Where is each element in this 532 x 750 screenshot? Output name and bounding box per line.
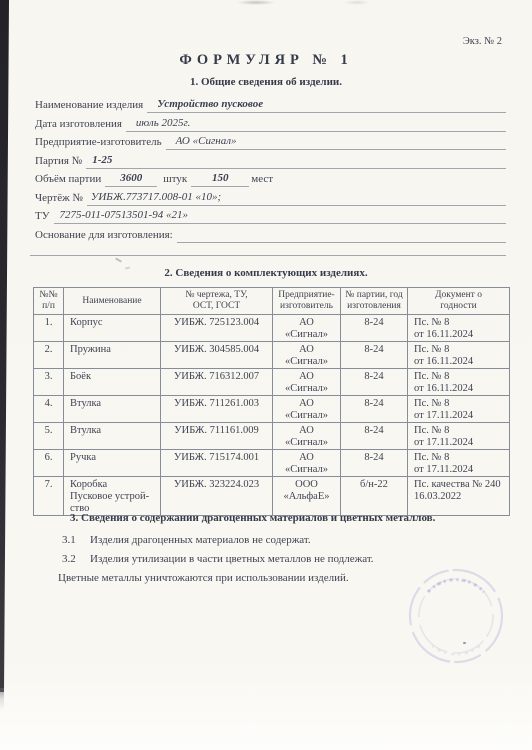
scan-smudge [236, 0, 276, 5]
cell-drawing: УИБЖ. 715174.001 [161, 450, 273, 477]
cell-manufacturer: АО «Сигнал» [273, 315, 341, 342]
field-label: Предприятие-изготовитель [35, 135, 162, 150]
item-text: Изделия утилизации в части цветных метал… [90, 553, 374, 565]
field-unit-label: штук [163, 172, 187, 187]
section1-heading: 1. Общие сведения об изделии. [0, 76, 532, 88]
field-value: Устройство пусковое [157, 98, 263, 110]
col-header-batch: № партии, год изготовления [341, 288, 408, 315]
field-label: Наименование изделия [35, 98, 143, 113]
cell-batch: б/н-22 [341, 477, 408, 516]
cell-doc: Пс. № 8 от 16.11.2024 [408, 315, 510, 342]
field-value-places: 150 [212, 172, 229, 184]
section2-heading: 2. Сведения о комплектующих изделиях. [0, 267, 532, 279]
cell-name: Пружина [64, 342, 161, 369]
cell-doc: Пс. № 8 от 17.11.2024 [408, 423, 510, 450]
cell-batch: 8-24 [341, 450, 408, 477]
cell-drawing: УИБЖ. 711161.009 [161, 423, 273, 450]
field-label: Чертёж № [35, 191, 83, 206]
cell-drawing: УИБЖ. 304585.004 [161, 342, 273, 369]
cell-manufacturer: АО «Сигнал» [273, 369, 341, 396]
col-header-drawing: № чертежа, ТУ, ОСТ, ГОСТ [161, 288, 273, 315]
cell-num: 5. [34, 423, 64, 450]
col-header-manufacturer: Предприятие- изготовитель [273, 288, 341, 315]
col-header-num: №№ п/п [34, 288, 64, 315]
cell-name: Корпус [64, 315, 161, 342]
table-row: 7. Коробка Пусковое устрой- ство УИБЖ. 3… [34, 477, 510, 516]
pencil-mark [115, 257, 122, 262]
cell-batch: 8-24 [341, 315, 408, 342]
cell-doc: Пс. № 8 от 17.11.2024 [408, 450, 510, 477]
cell-manufacturer: АО «Сигнал» [273, 450, 341, 477]
item-number: 3.2 [62, 553, 76, 565]
cell-batch: 8-24 [341, 369, 408, 396]
scanned-form-page: Экз. № 2 ФОРМУЛЯР № 1 1. Общие сведения … [0, 0, 532, 750]
table-row: 1. Корпус УИБЖ. 725123.004 АО «Сигнал» 8… [34, 315, 510, 342]
cell-num: 6. [34, 450, 64, 477]
faint-stamp [406, 566, 506, 666]
table-row: 3. Боёк УИБЖ. 716312.007 АО «Сигнал» 8-2… [34, 369, 510, 396]
field-drawing-number: Чертёж № УИБЖ.773717.008-01 «10»; [35, 190, 506, 206]
field-value-qty: 3600 [120, 172, 142, 184]
field-value: 7275-011-07513501-94 «21» [60, 209, 188, 221]
cell-num: 3. [34, 369, 64, 396]
cell-drawing: УИБЖ. 711261.003 [161, 396, 273, 423]
cell-name: Коробка Пусковое устрой- ство [64, 477, 161, 516]
cell-manufacturer: АО «Сигнал» [273, 396, 341, 423]
cell-num: 4. [34, 396, 64, 423]
field-label: Дата изготовления [35, 117, 122, 132]
cell-drawing: УИБЖ. 716312.007 [161, 369, 273, 396]
cell-num: 1. [34, 315, 64, 342]
cell-manufacturer: АО «Сигнал» [273, 342, 341, 369]
cell-doc: Пс. № 8 от 17.11.2024 [408, 396, 510, 423]
cell-doc: Пс. качества № 240 16.03.2022 [408, 477, 510, 516]
field-batch-volume: Объём партии 3600 штук 150 мест [35, 171, 506, 187]
cell-num: 7. [34, 477, 64, 516]
cell-doc: Пс. № 8 от 16.11.2024 [408, 369, 510, 396]
field-batch-number: Партия № 1-25 [35, 153, 506, 169]
field-label: ТУ [35, 209, 50, 224]
table-row: 5. Втулка УИБЖ. 711161.009 АО «Сигнал» 8… [34, 423, 510, 450]
field-value: 1-25 [92, 154, 112, 166]
table-row: 2. Пружина УИБЖ. 304585.004 АО «Сигнал» … [34, 342, 510, 369]
col-header-name: Наименование [64, 288, 161, 315]
cell-batch: 8-24 [341, 423, 408, 450]
field-unit-label: мест [251, 172, 273, 187]
field-value: АО «Сигнал» [176, 135, 237, 147]
cell-num: 2. [34, 342, 64, 369]
ink-speck [463, 642, 466, 644]
blank-line [30, 255, 506, 256]
cell-manufacturer: АО «Сигнал» [273, 423, 341, 450]
field-label: Объём партии [35, 172, 101, 187]
col-header-doc: Документ о годности [408, 288, 510, 315]
field-value: УИБЖ.773717.008-01 «10»; [91, 191, 221, 203]
field-basis: Основание для изготовления: [35, 227, 506, 243]
field-manufacture-date: Дата изготовления июль 2025г. [35, 116, 506, 132]
cell-name: Ручка [64, 450, 161, 477]
item-number: 3.1 [62, 534, 76, 546]
table-row: 4. Втулка УИБЖ. 711261.003 АО «Сигнал» 8… [34, 396, 510, 423]
cell-drawing: УИБЖ. 323224.023 [161, 477, 273, 516]
cell-drawing: УИБЖ. 725123.004 [161, 315, 273, 342]
scanner-edge-band [0, 0, 9, 692]
field-label: Партия № [35, 154, 82, 169]
table-header-row: №№ п/п Наименование № чертежа, ТУ, ОСТ, … [34, 288, 510, 315]
cell-batch: 8-24 [341, 396, 408, 423]
cell-doc: Пс. № 8 от 16.11.2024 [408, 342, 510, 369]
cell-name: Втулка [64, 396, 161, 423]
field-manufacturer: Предприятие-изготовитель АО «Сигнал» [35, 134, 506, 150]
field-tu: ТУ 7275-011-07513501-94 «21» [35, 208, 506, 224]
section3-heading: 3. Сведения о содержании драгоценных мат… [70, 512, 435, 524]
field-product-name: Наименование изделия Устройство пусковое [35, 97, 506, 113]
section3-note: Цветные металлы уничтожаются при использ… [58, 572, 349, 584]
copy-number: Экз. № 2 [463, 36, 502, 47]
item-text: Изделия драгоценных материалов не содерж… [90, 534, 311, 546]
cell-batch: 8-24 [341, 342, 408, 369]
field-label: Основание для изготовления: [35, 228, 173, 243]
cell-name: Боёк [64, 369, 161, 396]
cell-name: Втулка [64, 423, 161, 450]
scan-smudge [344, 0, 370, 5]
table-row: 6. Ручка УИБЖ. 715174.001 АО «Сигнал» 8-… [34, 450, 510, 477]
form-title: ФОРМУЛЯР № 1 [0, 52, 532, 69]
components-table: №№ п/п Наименование № чертежа, ТУ, ОСТ, … [33, 287, 510, 516]
field-value: июль 2025г. [136, 117, 190, 129]
scanner-edge-band-tail [0, 688, 4, 710]
cell-manufacturer: ООО «АльфаЕ» [273, 477, 341, 516]
